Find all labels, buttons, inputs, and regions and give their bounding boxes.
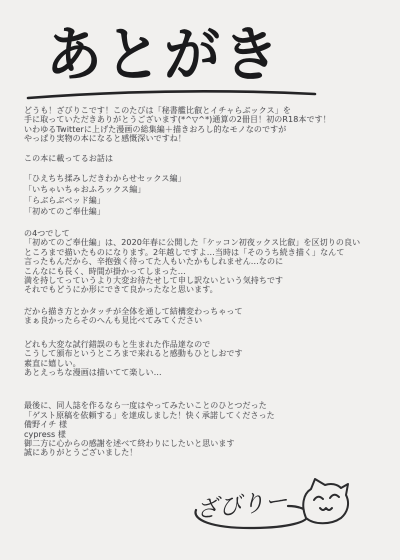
text-line: 言ったもんだから、辛抱強く待ってた人もいたかもしれません…なのに xyxy=(24,257,390,266)
text-line: 誠にありがとうございました！ xyxy=(24,448,390,457)
text-line: 「ゲスト原稿を依頼する」を達成しました！快く承諾してくださった xyxy=(24,411,390,420)
afterword-body: どうも！ざびりこです！このたびは「秘書艦比叡とイチャらぶックス」を手に取っていた… xyxy=(24,106,390,458)
text-line: 手に取っていただきありがとうございます(*^▽^*)通算の2冊目！初のR18本で… xyxy=(24,115,390,124)
text-line: この本に載ってるお話は xyxy=(24,154,390,163)
text-line: やっぱり実物の本になると感慨深いですね！ xyxy=(24,134,390,143)
text-line: cypress 様 xyxy=(24,430,390,439)
text-line: だから描き方とかタッチが全体を通して結構変わっちゃって xyxy=(24,307,390,316)
text-line: ところまで描いたものになります。2年越しですよ…当時は「そのうち続き描く」なんて xyxy=(24,248,390,257)
signature-doodle: ざびりー xyxy=(188,476,352,542)
text-line: それでもどうにか形にできて良かったなと思います。 xyxy=(24,285,390,294)
text-line: どれも大変な試行錯誤のもと生まれた作品達なので xyxy=(24,340,390,349)
cat-face-icon xyxy=(303,479,348,523)
text-line: 「ひえちち揉みしだきわからせセックス編」 xyxy=(24,173,390,184)
signature-name: ざびりー xyxy=(195,488,289,523)
paragraph-story-list-header: この本に載ってるお話は xyxy=(24,154,390,163)
paragraph-intro: どうも！ざびりこです！このたびは「秘書艦比叡とイチャらぶックス」を手に取っていた… xyxy=(24,106,390,144)
text-line: こうして頒布というところまで来れると感動もひとしおです xyxy=(24,349,390,358)
text-line: まぁ良かったらそのへんも見比べてみてください xyxy=(24,316,390,325)
paragraph-feelings: どれも大変な試行錯誤のもと生まれた作品達なのでこうして頒布というところまで来れる… xyxy=(24,340,390,378)
text-line: 最後に、同人誌を作るなら一度はやってみたいことのひとつだった xyxy=(24,401,390,410)
text-line: こんなにも長く、時間が掛かってしまった… xyxy=(24,267,390,276)
text-line: 素直に嬉しい。 xyxy=(24,359,390,368)
paragraph-guest-thanks: 最後に、同人誌を作るなら一度はやってみたいことのひとつだった「ゲスト原稿を依頼す… xyxy=(24,401,390,457)
story-title-list: 「ひえちち揉みしだきわからせセックス編」「いちゃいちゃおふろックス編」「らぶらぶ… xyxy=(24,173,390,217)
paragraph-style-note: だから描き方とかタッチが全体を通して結構変わっちゃってまぁ良かったらそのへんも見… xyxy=(24,307,390,326)
afterword-page: あとがき どうも！ざびりこです！このたびは「秘書艦比叡とイチャらぶックス」を手に… xyxy=(0,0,400,560)
text-line: 「らぶらぶベッド編」 xyxy=(24,195,390,206)
title-underline-stroke xyxy=(26,86,318,102)
text-line: 「初めてのご奉仕編」 xyxy=(24,206,390,217)
page-title: あとがき xyxy=(46,8,282,93)
paragraph-production-note: の4つでして「初めてのご奉仕編」は、2020年春に公開した「ケッコン初夜ックス比… xyxy=(24,229,390,295)
text-line: 「初めてのご奉仕編」は、2020年春に公開した「ケッコン初夜ックス比叡」を区切り… xyxy=(24,238,390,247)
text-line: いわゆるTwitterに上げた漫画の総集編＋描きおろし的なモノなのですが xyxy=(24,125,390,134)
text-line: 御二方に心からの感謝を述べて終わりにしたいと思います xyxy=(24,439,390,448)
text-line: どうも！ざびりこです！このたびは「秘書艦比叡とイチャらぶックス」を xyxy=(24,106,390,115)
text-line: 「いちゃいちゃおふろックス編」 xyxy=(24,184,390,195)
text-line: 備野イチ 様 xyxy=(24,420,390,429)
text-line: あとえっちな漫画は描いてて楽しい… xyxy=(24,368,390,377)
author-signature: ざびりー xyxy=(188,476,352,542)
